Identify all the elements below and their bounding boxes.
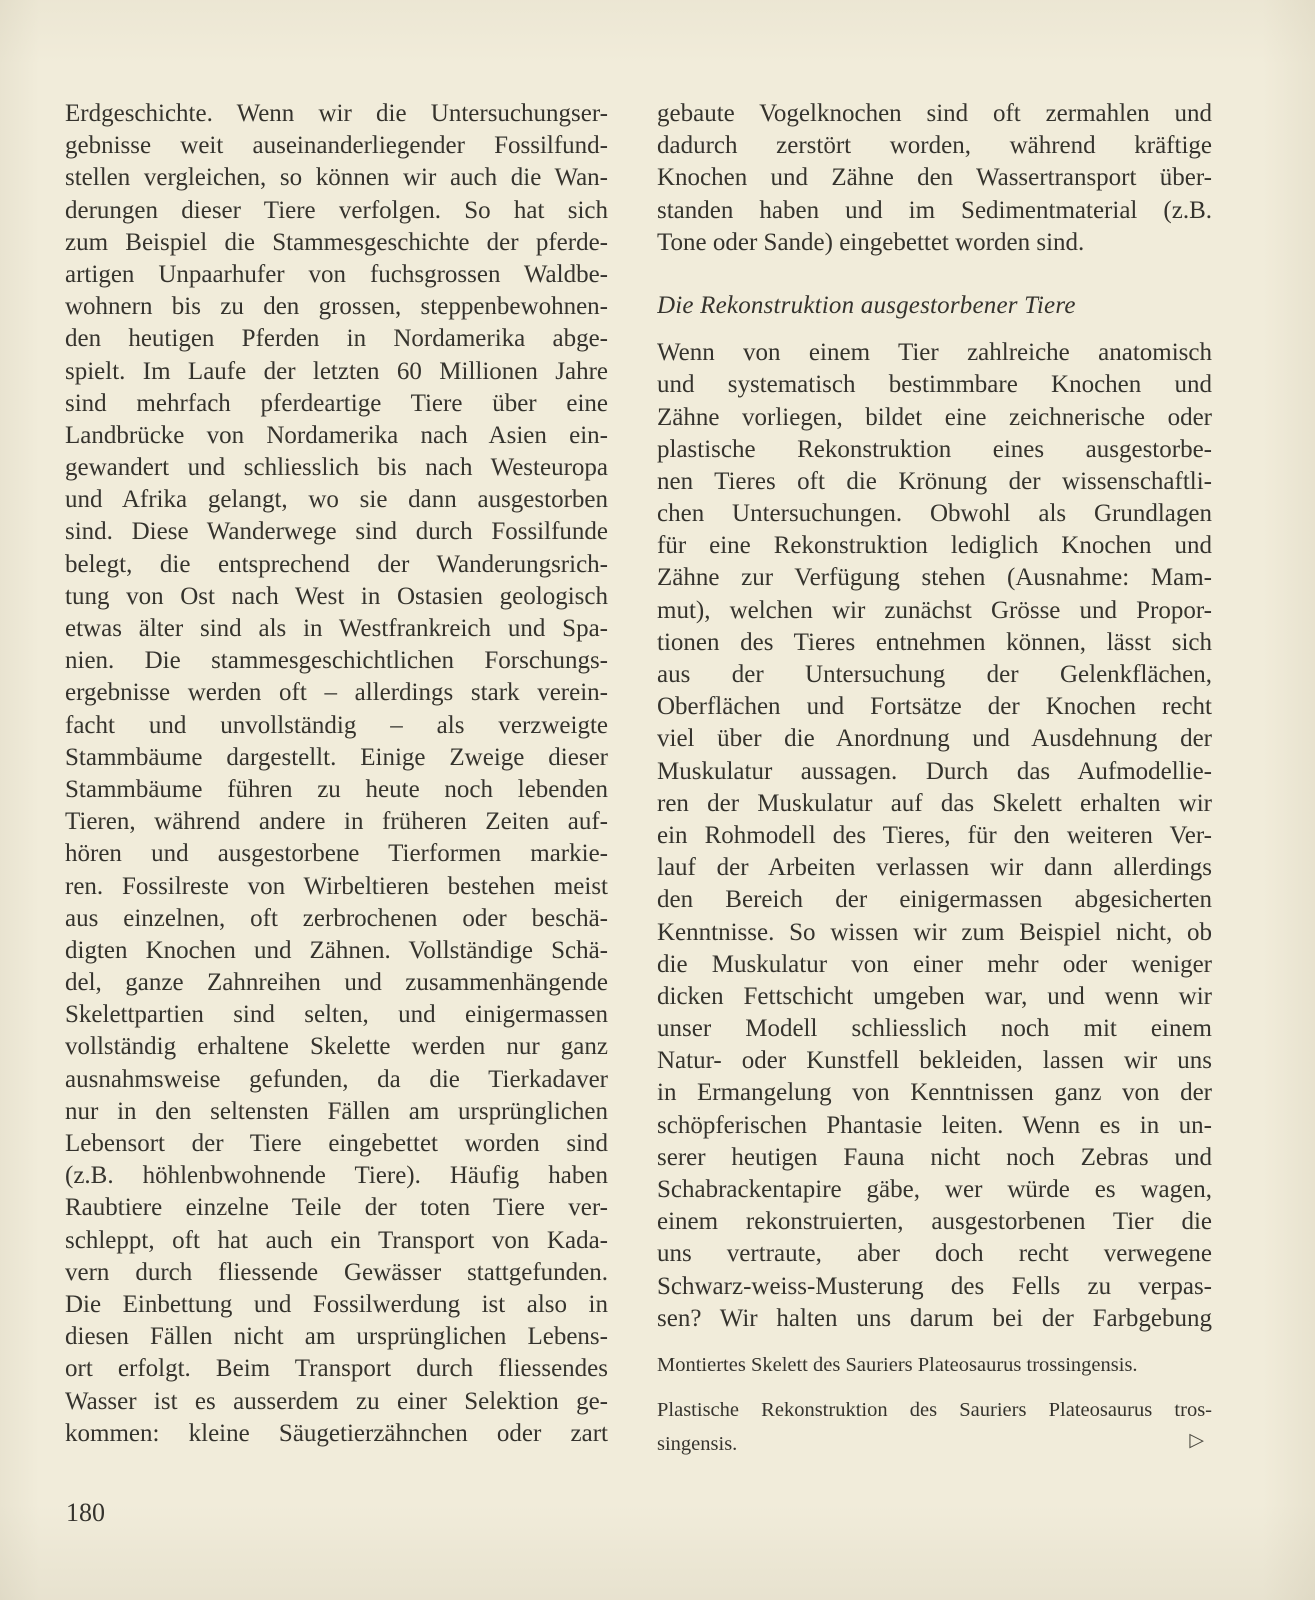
text-line: Stammbäume dargestellt. Einige Zweige di… [65,742,608,774]
text-line: gebaute Vogelknochen sind oft zermahlen … [657,98,1212,130]
text-line: Zähne vorliegen, bildet eine zeichnerisc… [657,402,1212,434]
text-line: Kenntnisse. So wissen wir zum Beispiel n… [657,917,1212,949]
text-line: (z.B. höhlenbwohnende Tiere). Häufig hab… [65,1160,608,1192]
text-line: stellen vergleichen, so können wir auch … [65,162,608,194]
text-line: nien. Die stammesgeschichtlichen Forschu… [65,645,608,677]
text-line: facht und unvollständig – als verzweigte [65,710,608,742]
text-line: del, ganze Zahnreihen und zusammenhängen… [65,967,608,999]
text-line: dadurch zerstört worden, während kräftig… [657,130,1212,162]
text-line: Tone oder Sande) eingebettet worden sind… [657,227,1212,259]
text-line: sind mehrfach pferdeartige Tiere über ei… [65,388,608,420]
text-line: nen Tieres oft die Krönung der wissensch… [657,466,1212,498]
text-line: sind. Diese Wanderwege sind durch Fossil… [65,516,608,548]
text-line: zum Beispiel die Stammesgeschichte der p… [65,227,608,259]
text-line: Tieren, während andere in früheren Zeite… [65,806,608,838]
text-line: aus der Untersuchung der Gelenkflächen, [657,659,1212,691]
text-line: unser Modell schliesslich noch mit einem [657,1013,1212,1045]
figure-captions: Montiertes Skelett des Sauriers Plateosa… [657,1348,1212,1461]
text-line: Skelettpartien sind selten, und einigerm… [65,999,608,1031]
text-line: wohnern bis zu den grossen, steppenbewoh… [65,291,608,323]
text-line: viel über die Anordnung und Ausdehnung d… [657,723,1212,755]
text-line: schleppt, oft hat auch ein Transport von… [65,1225,608,1257]
text-line: Plastische Rekonstruktion des Sauriers P… [657,1393,1212,1427]
text-line: serer heutigen Fauna nicht noch Zebras u… [657,1142,1212,1174]
text-line: ort erfolgt. Beim Transport durch fliess… [65,1353,608,1385]
text-line: tung von Ost nach West in Ostasien geolo… [65,581,608,613]
section-heading: Die Rekonstruktion ausgestorbener Tiere [657,290,1212,322]
text-line: derungen dieser Tiere verfolgen. So hat … [65,195,608,227]
text-line: Landbrücke von Nordamerika nach Asien ei… [65,420,608,452]
text-line: diesen Fällen nicht am ursprünglichen Le… [65,1321,608,1353]
continuation-triangle-icon: ▷ [1189,1425,1210,1457]
text-line: etwas älter sind als in Westfrankreich u… [65,613,608,645]
text-line: Die Einbettung und Fossilwerdung ist als… [65,1289,608,1321]
text-line: gewandert und schliesslich bis nach West… [65,452,608,484]
text-line: standen haben und im Sedimentmaterial (z… [657,195,1212,227]
text-line: ren. Fossilreste von Wirbeltieren besteh… [65,871,608,903]
body-text-right-paragraph-2: Wenn von einem Tier zahlreiche anatomisc… [657,337,1212,1335]
text-line: Stammbäume führen zu heute noch lebenden [65,774,608,806]
text-line: ergebnisse werden oft – allerdings stark… [65,677,608,709]
text-line: ein Rohmodell des Tieres, für den weiter… [657,820,1212,852]
body-text-left-column: Erdgeschichte. Wenn wir die Untersuchung… [65,98,608,1450]
text-line: den heutigen Pferden in Nordamerika abge… [65,323,608,355]
text-line: Schwarz-weiss-Musterung des Fells zu ver… [657,1271,1212,1303]
text-line: belegt, die entsprechend der Wanderungsr… [65,549,608,581]
body-text-right-paragraph-1: gebaute Vogelknochen sind oft zermahlen … [657,98,1212,259]
text-line: tionen des Tieres entnehmen können, läss… [657,627,1212,659]
text-line: in Ermangelung von Kenntnissen ganz von … [657,1077,1212,1109]
text-line: sen? Wir halten uns darum bei der Farbge… [657,1303,1212,1335]
text-line: dicken Fettschicht umgeben war, und wenn… [657,981,1212,1013]
text-line: ausnahmsweise gefunden, da die Tierkadav… [65,1064,608,1096]
right-column: gebaute Vogelknochen sind oft zermahlen … [657,98,1212,1461]
text-line: Zähne zur Verfügung stehen (Ausnahme: Ma… [657,562,1212,594]
text-line: Wasser ist es ausserdem zu einer Selekti… [65,1386,608,1418]
text-line: kommen: kleine Säugetierzähnchen oder za… [65,1418,608,1450]
text-line: für eine Rekonstruktion lediglich Knoche… [657,530,1212,562]
text-line: mut), welchen wir zunächst Grösse und Pr… [657,595,1212,627]
text-line: uns vertraute, aber doch recht verwegene [657,1238,1212,1270]
text-line: hören und ausgestorbene Tierformen marki… [65,838,608,870]
text-line: Oberflächen und Fortsätze der Knochen re… [657,691,1212,723]
text-line: singensis. [657,1427,1212,1461]
text-line: Raubtiere einzelne Teile der toten Tiere… [65,1192,608,1224]
text-line: Schabrackentapire gäbe, wer würde es wag… [657,1174,1212,1206]
text-line: Wenn von einem Tier zahlreiche anatomisc… [657,337,1212,369]
scanned-book-page: Erdgeschichte. Wenn wir die Untersuchung… [0,0,1315,1600]
text-line: aus einzelnen, oft zerbrochenen oder bes… [65,903,608,935]
text-line: Knochen und Zähne den Wassertransport üb… [657,162,1212,194]
figure-caption-skeleton: Montiertes Skelett des Sauriers Plateosa… [657,1348,1212,1382]
text-line: den Bereich der einigermassen abgesicher… [657,884,1212,916]
text-line: schöpferischen Phantasie leiten. Wenn es… [657,1110,1212,1142]
text-line: gebnisse weit auseinanderliegender Fossi… [65,130,608,162]
text-line: Natur- oder Kunstfell bekleiden, lassen … [657,1045,1212,1077]
text-line: artigen Unpaarhufer von fuchsgrossen Wal… [65,259,608,291]
text-line: einem rekonstruierten, ausgestorbenen Ti… [657,1206,1212,1238]
figure-caption-reconstruction: Plastische Rekonstruktion des Sauriers P… [657,1393,1212,1461]
text-line: und systematisch bestimmbare Knochen und [657,369,1212,401]
text-line: nur in den seltensten Fällen am ursprüng… [65,1096,608,1128]
text-line: Erdgeschichte. Wenn wir die Untersuchung… [65,98,608,130]
text-line: ren der Muskulatur auf das Skelett erhal… [657,788,1212,820]
text-line: Lebensort der Tiere eingebettet worden s… [65,1128,608,1160]
text-line: lauf der Arbeiten verlassen wir dann all… [657,852,1212,884]
text-line: Montiertes Skelett des Sauriers Plateosa… [657,1348,1212,1382]
text-line: spielt. Im Laufe der letzten 60 Millione… [65,356,608,388]
text-line: Muskulatur aussagen. Durch das Aufmodell… [657,756,1212,788]
text-line: chen Untersuchungen. Obwohl als Grundlag… [657,498,1212,530]
text-line: vollständig erhaltene Skelette werden nu… [65,1031,608,1063]
text-line: digten Knochen und Zähnen. Vollständige … [65,935,608,967]
page-number: 180 [66,1498,105,1528]
text-line: plastische Rekonstruktion eines ausgesto… [657,434,1212,466]
text-line: vern durch fliessende Gewässer stattgefu… [65,1257,608,1289]
text-line: die Muskulatur von einer mehr oder wenig… [657,949,1212,981]
text-line: und Afrika gelangt, wo sie dann ausgesto… [65,484,608,516]
